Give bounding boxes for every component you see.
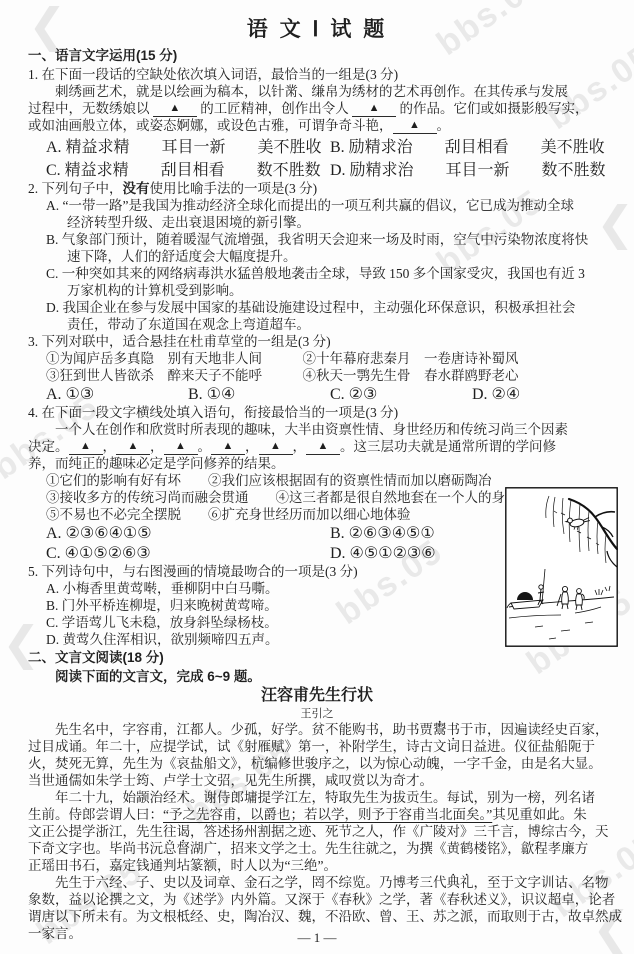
- dotted-word: 督: [177, 841, 191, 856]
- option-a: A. ①③: [46, 384, 188, 404]
- text-segment: 湖广，招来文学之士。先生往就之，为撰《黄鹤楼铭》，歙程孝廉方: [190, 841, 588, 856]
- text-segment: 决定。: [28, 439, 69, 454]
- willow-oriole-farewell-drawing: [505, 487, 618, 647]
- q2-stem: 2. 下列句子中，没有使用比喻手法的一项是(3 分): [28, 180, 606, 197]
- blank-marker: ▲: [69, 439, 103, 455]
- q1-passage-line: 或如油画般立体，或姿态婀娜，或设色古雅，可谓争奇斗艳，▲。: [28, 117, 606, 134]
- option-c: C. 精益求精 刮目相看 数不胜数: [46, 157, 330, 180]
- text-segment: 2. 下列句子中，: [28, 181, 123, 196]
- essay-line: 谓唐以下所未有。为文根柢经、史，陶冶汉、魏，不沿欧、曾、王、苏之派，而取则于古，…: [28, 908, 606, 925]
- page-title: 语 文 Ⅰ 试 题: [28, 14, 606, 46]
- essay-line: 先生名中，字容甫，江都人。少孤，好学。贫不能购书，助书贾鬻书于市，因遍读经史百家…: [28, 721, 606, 738]
- q2-option-b: B. 气象部门预计，随着暖湿气流增强，我省明天会迎来一场及时雨，空气中污染物浓度…: [28, 231, 606, 248]
- text-segment: 或如油画般立体，或姿态婀娜，或设色古雅，可谓争奇斗艳，: [28, 118, 393, 133]
- q3-stem: 3. 下列对联中，适合悬挂在杜甫草堂的一组是(3 分): [28, 333, 606, 350]
- text-segment: 书于市，因遍读经史百家，: [447, 722, 609, 737]
- q1-stem: 1. 在下面一段话的空缺处依次填入词语，最恰当的一组是(3 分): [28, 66, 606, 83]
- page-content: 语 文 Ⅰ 试 题 一、语言文字运用(15 分) 1. 在下面一段话的空缺处依次…: [28, 14, 606, 942]
- cartoon-illustration: [505, 487, 618, 647]
- essay-line: 过目成诵。年二十，应提学试，试《射雁赋》第一，补附学生，诗古文词日益进。仪征盐船…: [28, 738, 606, 755]
- dotted-word: 词: [447, 739, 461, 754]
- section2-heading: 二、文言文阅读(18 分): [28, 648, 606, 668]
- essay-line: 当世通儒如朱学士筠、卢学士文弨，见先生所撰，咸叹赏以为奇才。: [28, 772, 606, 789]
- essay-line: 正瑶田书石，嘉定钱通判坫篆额，时人以为“三绝”。: [28, 857, 606, 874]
- text-segment: 的作品。它们或如摄影般写实，: [396, 101, 588, 116]
- blank-marker: ▲: [393, 118, 437, 134]
- q4-passage-line: 决定。▲，▲，▲。▲，▲，▲。这三层功夫就是通常所谓的学问修: [28, 438, 606, 455]
- text-segment: 先生于六经、子、史以及词章、金石之学，罔不综览。乃博考三代: [55, 875, 447, 890]
- text-segment: ，: [245, 439, 259, 454]
- dotted-word: 鬻: [433, 722, 447, 737]
- q2-option-b-cont: 速下降，人们的舒适度会大幅度提升。: [28, 248, 606, 265]
- q3-options-row: A. ①③B. ①④C. ②③D. ②④: [28, 384, 606, 404]
- option-b: B. ②⑥③④⑤①: [330, 523, 435, 543]
- essay-line: 年二十九，始颛治经术。谢侍郎墉提学江左，特取先生为拔贡生。每试，别为一榜，列名诸: [28, 789, 606, 806]
- blank-marker: ▲: [352, 101, 396, 117]
- blank-marker: ▲: [211, 439, 245, 455]
- text-segment: 使用比喻手法的一项是(3 分): [150, 181, 318, 196]
- q1-passage-line: 刺绣画艺术，就是以绘画为稿本，以针黹、缣帛为绣材的艺术再创作。在其传承与发展: [28, 83, 606, 100]
- option-a: A. 精益求精 耳目一新 美不胜收: [46, 134, 330, 157]
- essay-line: 先生于六经、子、史以及词章、金石之学，罔不综览。乃博考三代典礼，至于文字训诂、名…: [28, 874, 606, 891]
- q4-stem: 4. 在下面一段文字横线处填入语句，衔接最恰当的一项是(3 分): [28, 404, 606, 421]
- essay-line: 火，焚死无算，先生为《哀盐船文》，杭编修世骏序之，以为惊心动魄，一字千金，由是名…: [28, 755, 606, 772]
- text-segment: 的工匠精神，创作出令人: [197, 101, 352, 116]
- blank-marker: ▲: [164, 439, 198, 455]
- text-segment: ，: [293, 439, 307, 454]
- q2-option-d-cont: 责任，带动了东道国在观念上弯道超车。: [28, 316, 606, 333]
- option-d: D. ④⑤①②③⑥: [330, 543, 436, 563]
- essay-line: 象数，益以论撰之文，为《述学》内外篇。又深于《春秋》之学，著《春秋述义》，识议超…: [28, 891, 606, 908]
- text-segment: 其见重如此。朱: [492, 807, 587, 822]
- essay-line: 下奇文字也。毕尚书沅总督湖广，招来文学之士。先生往就之，为撰《黄鹤楼铭》，歙程孝…: [28, 840, 606, 857]
- dotted-word: 总: [163, 841, 177, 856]
- option-d: D. ②④: [472, 384, 520, 404]
- text-segment: ，至于文字训诂、名物: [474, 875, 609, 890]
- essay-author: 王引之: [28, 707, 606, 721]
- text-segment: 这三层功夫就是通常所谓的学问修: [354, 439, 557, 454]
- text-segment: 日益进。仪征盐船阨于: [460, 739, 595, 754]
- emphasized-word: 没有: [123, 181, 150, 196]
- blank-marker: ▲: [153, 101, 197, 117]
- exam-paper-page: bbs.05 bbs.05 bbs.05 bbs.05 bbs.05 bbs.0…: [0, 0, 634, 954]
- dotted-word: 礼: [460, 875, 474, 890]
- q3-couplet-line: ③狂到世人皆欲杀 醉来天子不能呼 ④秋天一鹗先生骨 春水群鸥野老心: [28, 367, 606, 384]
- q2-option-c: C. 一种突如其来的网络病毒洪水猛兽般地袭击全球，导致 150 多个国家受灾，我…: [28, 265, 606, 282]
- text-segment: 过目成诵。年二十，应提学试，试《射雁赋》第一，补附学生，诗古文: [28, 739, 447, 754]
- text-segment: 生前。侍郎尝谓人曰：: [28, 807, 163, 822]
- option-b: B. 励精求治 刮目相看 美不胜收: [330, 134, 605, 157]
- underlined-sentence: “予之先容甫，以爵也；若以学，则予于容甫当北面矣。”: [163, 807, 492, 822]
- text-segment: 。: [198, 439, 212, 454]
- section1-heading: 一、语言文字运用(15 分): [28, 46, 606, 66]
- essay-line: 文正公提学浙江，先生往谒，答述扬州割据之迹、死节之人，作《广陵对》三千言，博综古…: [28, 823, 606, 840]
- q2-option-a: A. “一带一路”是我国为推动经济全球化而提出的一项互利共赢的倡议，它已成为推动…: [28, 197, 606, 214]
- page-number: — 1 —: [0, 930, 634, 946]
- option-d: D. 励精求治 耳目一新 数不胜数: [330, 157, 606, 180]
- essay-title: 汪容甫先生行状: [28, 685, 606, 707]
- text-segment: 下奇文字也。毕尚书沅: [28, 841, 163, 856]
- q1-options-row: A. 精益求精 耳目一新 美不胜收B. 励精求治 刮目相看 美不胜收: [28, 134, 606, 157]
- text-segment: ，: [150, 439, 164, 454]
- text-segment: ，: [103, 439, 117, 454]
- q2-option-c-cont: 万家机构的计算机受到影响。: [28, 282, 606, 299]
- q4-passage-line: 一个人在创作和欣赏时所表现的趣味，大半由资禀性情、身世经历和传统习尚三个因素: [28, 421, 606, 438]
- q1-options-row: C. 精益求精 刮目相看 数不胜数D. 励精求治 耳目一新 数不胜数: [28, 157, 606, 180]
- q3-couplet-line: ①为闻庐岳多真隐 别有天地非人间 ②十年幕府悲秦月 一卷唐诗补蜀风: [28, 350, 606, 367]
- blank-marker: ▲: [259, 439, 293, 455]
- section2-intro: 阅读下面的文言文，完成 6~9 题。: [28, 668, 606, 685]
- text-segment: 过程中，无数绣娘以: [28, 101, 153, 116]
- q4-passage-line: 养，而纯正的趣味必定是学问修养的结果。: [28, 455, 606, 472]
- q2-option-a-cont: 经济转型升级、走出衰退困境的新引擎。: [28, 214, 606, 231]
- option-c: C. ④①⑤②⑥③: [46, 543, 330, 563]
- option-c: C. ②③: [330, 384, 472, 404]
- dotted-word: 典: [447, 875, 461, 890]
- text-segment: 先生名中，字容甫，江都人。少孤，好学。贫不能购书，助书贾: [55, 722, 433, 737]
- option-b: B. ①④: [188, 384, 330, 404]
- q2-option-d: D. 我国企业在参与发展中国家的基础设施建设过程中，主动强化环保意识，积极承担社…: [28, 299, 606, 316]
- text-segment: 。: [437, 118, 451, 133]
- blank-marker: ▲: [306, 439, 340, 455]
- q1-passage-line: 过程中，无数绣娘以 ▲ 的工匠精神，创作出令人 ▲ 的作品。它们或如摄影般写实，: [28, 100, 606, 117]
- essay-line: 生前。侍郎尝谓人曰：“予之先容甫，以爵也；若以学，则予于容甫当北面矣。”其见重如…: [28, 806, 606, 823]
- option-a: A. ②③⑥④①⑤: [46, 523, 330, 543]
- blank-marker: ▲: [116, 439, 150, 455]
- text-segment: 。: [340, 439, 354, 454]
